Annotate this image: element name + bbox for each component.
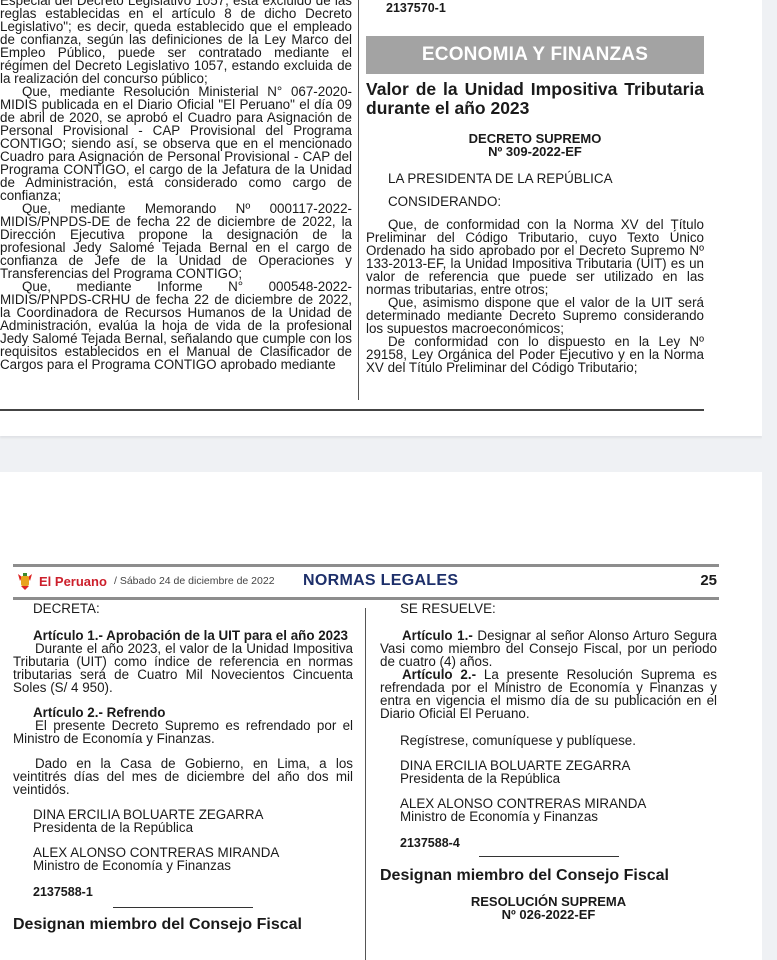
top-page-card: Especial del Decreto Legislativo 1057, e… [0, 0, 762, 436]
signer-title: Ministro de Economía y Finanzas [13, 859, 353, 872]
paragraph: Que, mediante Informe N° 000548-2022-MID… [0, 280, 352, 371]
closing-text: Regístrese, comuníquese y publíquese. [380, 734, 717, 747]
resuelve-label: SE RESUELVE: [380, 602, 717, 615]
article-2-text: El presente Decreto Supremo es refrendad… [13, 719, 353, 745]
resolution-number: Nº 026-2022-EF [380, 908, 717, 921]
considerando: CONSIDERANDO: [366, 195, 704, 208]
doc-number: 2137570-1 [366, 0, 704, 15]
bottom-rule [0, 409, 704, 411]
column-divider [365, 608, 366, 960]
column-divider [358, 0, 359, 400]
section-title: NORMAS LEGALES [303, 572, 458, 590]
doc-number: 2137588-4 [380, 837, 717, 850]
signer-title: Presidenta de la República [380, 772, 717, 785]
paragraph: Que, asimismo dispone que el valor de la… [366, 296, 704, 335]
bottom-page-card: El Peruano / Sábado 24 de diciembre de 2… [0, 472, 762, 960]
signer-title: Ministro de Economía y Finanzas [380, 810, 717, 823]
bottom-left-column: DECRETA: Artículo 1.- Aprobación de la U… [13, 602, 353, 934]
top-right-column: 2137570-1 ECONOMIA Y FINANZAS Valor de l… [366, 0, 704, 374]
background-strip [762, 0, 777, 960]
masthead: El Peruano / Sábado 24 de diciembre de 2… [13, 564, 719, 600]
issuer: LA PRESIDENTA DE LA REPÚBLICA [366, 172, 704, 185]
article-1-text: Durante el año 2023, el valor de la Unid… [13, 642, 353, 694]
page-number: 25 [700, 572, 717, 589]
paragraph: Que, mediante Resolución Ministerial N° … [0, 85, 352, 202]
next-headline: Designan miembro del Consejo Fiscal [13, 916, 353, 934]
paragraph: Que, mediante Memorando Nº 000117-2022-M… [0, 202, 352, 280]
paragraph: De conformidad con lo dispuesto en la Le… [366, 335, 704, 374]
paragraph: Que, de conformidad con la Norma XV del … [366, 218, 704, 296]
section-band: ECONOMIA Y FINANZAS [366, 36, 704, 74]
next-headline: Designan miembro del Consejo Fiscal [380, 867, 717, 885]
decreta-label: DECRETA: [13, 602, 353, 615]
given-text: Dado en la Casa de Gobierno, en Lima, a … [13, 757, 353, 796]
decree-number: Nº 309-2022-EF [366, 145, 704, 158]
peru-coat-of-arms-icon [16, 571, 34, 591]
bottom-right-column: SE RESUELVE: Artículo 1.- Designar al se… [380, 602, 717, 921]
top-left-column: Especial del Decreto Legislativo 1057, e… [0, 0, 352, 371]
headline: Valor de la Unidad Impositiva Tributaria… [366, 80, 704, 118]
brand-name: El Peruano [39, 574, 107, 589]
signer-title: Presidenta de la República [13, 821, 353, 834]
publication-date: / Sábado 24 de diciembre de 2022 [114, 575, 275, 587]
paragraph: Especial del Decreto Legislativo 1057, e… [0, 0, 352, 85]
doc-number: 2137588-1 [13, 886, 353, 899]
